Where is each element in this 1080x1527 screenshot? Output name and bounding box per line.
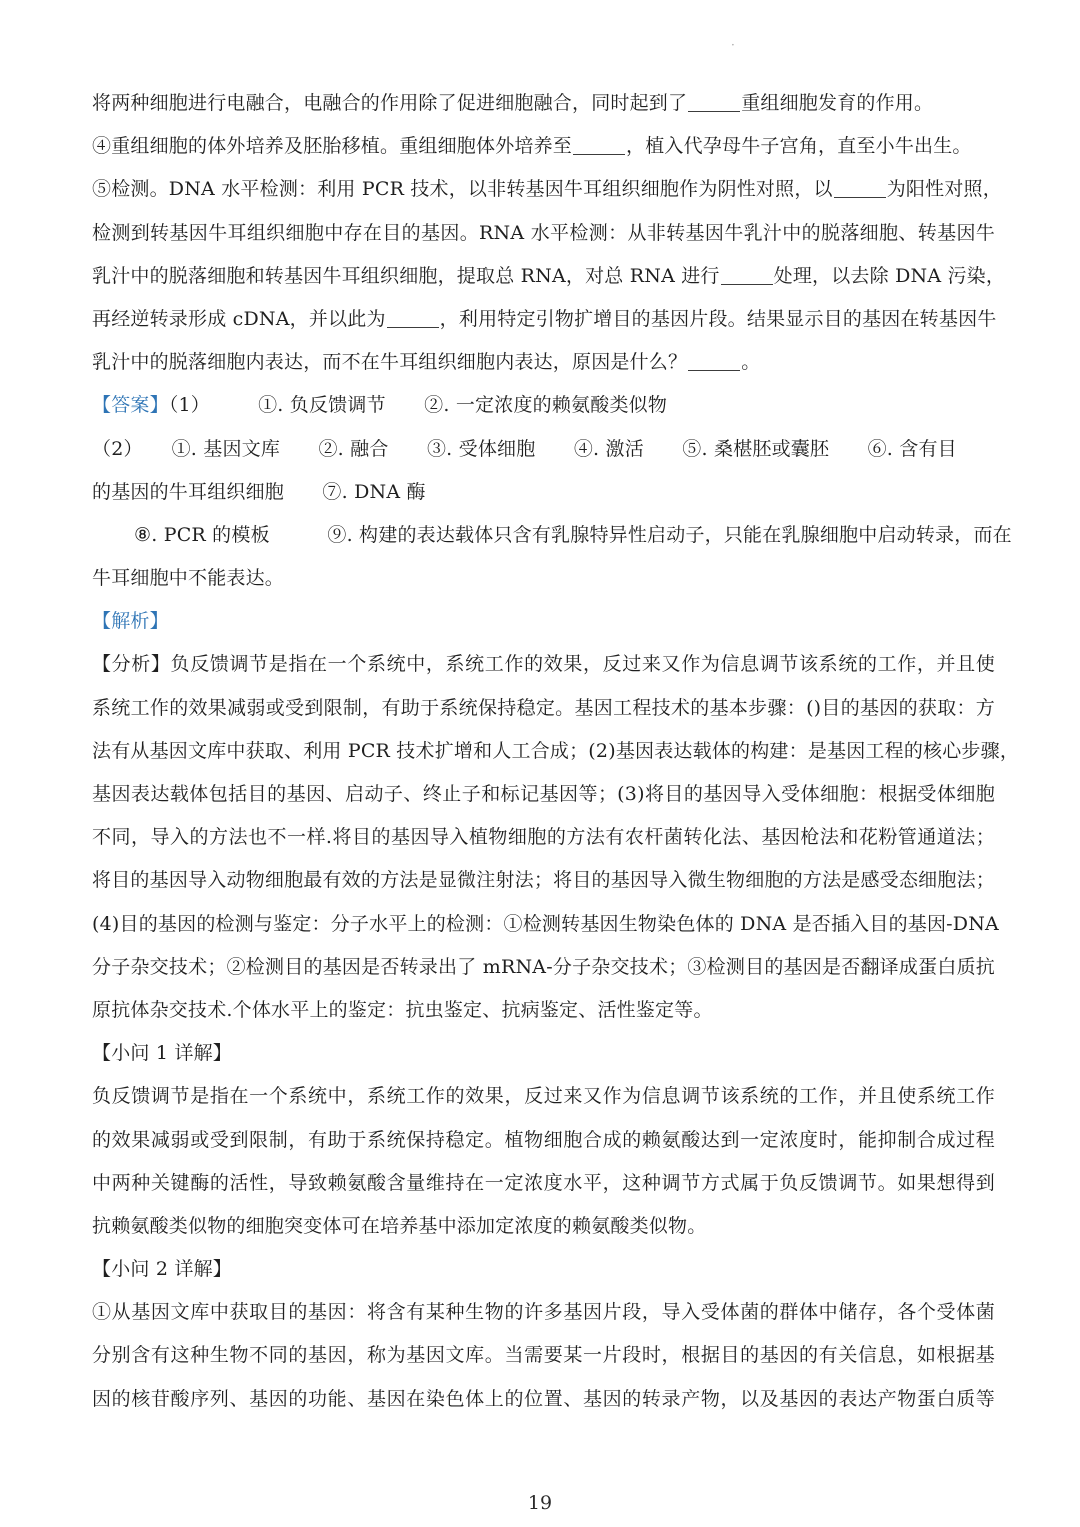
- section-label: 【答案】: [92, 394, 169, 416]
- text-line: 乳汁中的脱落细胞内表达，而不在牛耳组织细胞内表达，原因是什么？。: [92, 341, 995, 384]
- text-line: 的效果减弱或受到限制，有助于系统保持稳定。植物细胞合成的赖氨酸达到一定浓度时，能…: [92, 1119, 995, 1162]
- answer-blank: [688, 99, 740, 112]
- text-line: 原抗体杂交技术.个体水平上的鉴定：抗虫鉴定、抗病鉴定、活性鉴定等。: [92, 989, 995, 1032]
- text-segment: ⑤检测。DNA 水平检测：利用 PCR 技术，以非转基因牛耳组织细胞作为阴性对照…: [92, 178, 833, 200]
- text-line: 【小问 1 详解】: [92, 1032, 995, 1075]
- text-segment: 牛耳细胞中不能表达。: [92, 567, 284, 589]
- text-segment: 的基因的牛耳组织细胞 ⑦. DNA 酶: [92, 481, 426, 503]
- text-segment: 将两种细胞进行电融合，电融合的作用除了促进细胞融合，同时起到了: [92, 92, 687, 114]
- text-segment: 检测到转基因牛耳组织细胞中存在目的基因。RNA 水平检测：从非转基因牛乳汁中的脱…: [92, 222, 995, 244]
- text-line: ⑧. PCR 的模板 ⑨. 构建的表达载体只含有乳腺特异性启动子，只能在乳腺细胞…: [92, 514, 995, 557]
- text-line: 抗赖氨酸类似物的细胞突变体可在培养基中添加定浓度的赖氨酸类似物。: [92, 1205, 995, 1248]
- text-segment: 因的核苷酸序列、基因的功能、基因在染色体上的位置、基因的转录产物，以及基因的表达…: [92, 1388, 995, 1410]
- text-segment: 抗赖氨酸类似物的细胞突变体可在培养基中添加定浓度的赖氨酸类似物。: [92, 1215, 706, 1237]
- page-number: 19: [0, 1492, 1080, 1514]
- text-line: 负反馈调节是指在一个系统中，系统工作的效果，反过来又作为信息调节该系统的工作，并…: [92, 1075, 995, 1118]
- text-line: 因的核苷酸序列、基因的功能、基因在染色体上的位置、基因的转录产物，以及基因的表达…: [92, 1378, 995, 1421]
- text-line: 【分析】负反馈调节是指在一个系统中，系统工作的效果，反过来又作为信息调节该系统的…: [92, 643, 995, 686]
- text-segment: 将目的基因导入动物细胞最有效的方法是显微注射法；将目的基因导入微生物细胞的方法是…: [92, 869, 995, 891]
- text-segment: 的效果减弱或受到限制，有助于系统保持稳定。植物细胞合成的赖氨酸达到一定浓度时，能…: [92, 1129, 995, 1151]
- text-segment: 重组细胞发育的作用。: [741, 92, 933, 114]
- text-line: 乳汁中的脱落细胞和转基因牛耳组织细胞，提取总 RNA，对总 RNA 进行处理，以…: [92, 255, 995, 298]
- text-segment: ⑧. PCR 的模板 ⑨. 构建的表达载体只含有乳腺特异性启动子，只能在乳腺细胞…: [134, 524, 1012, 546]
- text-segment: 中两种关键酶的活性，导致赖氨酸含量维持在一定浓度水平，这种调节方式属于负反馈调节…: [92, 1172, 995, 1194]
- text-segment: 为阳性对照，: [887, 178, 1002, 200]
- text-line: 法有从基因文库中获取、利用 PCR 技术扩增和人工合成；(2)基因表达载体的构建…: [92, 730, 995, 773]
- text-line: 基因表达载体包括目的基因、启动子、终止子和标记基因等；(3)将目的基因导入受体细…: [92, 773, 995, 816]
- text-segment: ，植入代孕母牛子宫角，直至小牛出生。: [626, 135, 972, 157]
- answer-blank: [387, 315, 439, 328]
- text-line: （2） ①. 基因文库 ②. 融合 ③. 受体细胞 ④. 激活 ⑤. 桑椹胚或囊…: [92, 428, 995, 471]
- text-line: 中两种关键酶的活性，导致赖氨酸含量维持在一定浓度水平，这种调节方式属于负反馈调节…: [92, 1162, 995, 1205]
- text-segment: 乳汁中的脱落细胞和转基因牛耳组织细胞，提取总 RNA，对总 RNA 进行: [92, 265, 720, 287]
- text-segment: 分子杂交技术；②检测目的基因是否转录出了 mRNA-分子杂交技术；③检测目的基因…: [92, 956, 995, 978]
- text-line: 系统工作的效果减弱或受到限制，有助于系统保持稳定。基因工程技术的基本步骤：()目…: [92, 687, 995, 730]
- text-segment: 【小问 1 详解】: [92, 1042, 232, 1064]
- text-segment: （1） ①. 负反馈调节 ②. 一定浓度的赖氨酸类似物: [169, 394, 667, 416]
- text-line: 【小问 2 详解】: [92, 1248, 995, 1291]
- text-segment: 。: [741, 351, 760, 373]
- text-segment: ④重组细胞的体外培养及胚胎移植。重组细胞体外培养至: [92, 135, 572, 157]
- text-segment: 【小问 2 详解】: [92, 1258, 232, 1280]
- text-line: 再经逆转录形成 cDNA，并以此为，利用特定引物扩增目的基因片段。结果显示目的基…: [92, 298, 995, 341]
- text-line: 分别含有这种生物不同的基因，称为基因文库。当需要某一片段时，根据目的基因的有关信…: [92, 1334, 995, 1377]
- text-segment: (4)目的基因的检测与鉴定：分子水平上的检测：①检测转基因生物染色体的 DNA …: [92, 913, 999, 935]
- text-line: ①从基因文库中获取目的基因：将含有某种生物的许多基因片段，导入受体菌的群体中储存…: [92, 1291, 995, 1334]
- text-segment: 再经逆转录形成 cDNA，并以此为: [92, 308, 386, 330]
- text-segment: ，利用特定引物扩增目的基因片段。结果显示目的基因在转基因牛: [440, 308, 997, 330]
- answer-blank: [573, 142, 625, 155]
- text-line: 将两种细胞进行电融合，电融合的作用除了促进细胞融合，同时起到了重组细胞发育的作用…: [92, 82, 995, 125]
- text-line: ⑤检测。DNA 水平检测：利用 PCR 技术，以非转基因牛耳组织细胞作为阴性对照…: [92, 168, 995, 211]
- stray-dot-mark: ·: [731, 38, 735, 52]
- answer-blank: [688, 358, 740, 371]
- text-segment: 法有从基因文库中获取、利用 PCR 技术扩增和人工合成；(2)基因表达载体的构建…: [92, 740, 1019, 762]
- text-segment: 系统工作的效果减弱或受到限制，有助于系统保持稳定。基因工程技术的基本步骤：()目…: [92, 697, 995, 719]
- text-segment: ①从基因文库中获取目的基因：将含有某种生物的许多基因片段，导入受体菌的群体中储存…: [92, 1301, 995, 1323]
- text-line: 【解析】: [92, 600, 995, 643]
- text-segment: （2） ①. 基因文库 ②. 融合 ③. 受体细胞 ④. 激活 ⑤. 桑椹胚或囊…: [92, 438, 957, 460]
- text-segment: 基因表达载体包括目的基因、启动子、终止子和标记基因等；(3)将目的基因导入受体细…: [92, 783, 995, 805]
- text-segment: 分别含有这种生物不同的基因，称为基因文库。当需要某一片段时，根据目的基因的有关信…: [92, 1344, 995, 1366]
- answer-blank: [834, 185, 886, 198]
- text-segment: 负反馈调节是指在一个系统中，系统工作的效果，反过来又作为信息调节该系统的工作，并…: [92, 1085, 995, 1107]
- text-segment: 【分析】负反馈调节是指在一个系统中，系统工作的效果，反过来又作为信息调节该系统的…: [92, 653, 995, 675]
- text-line: 分子杂交技术；②检测目的基因是否转录出了 mRNA-分子杂交技术；③检测目的基因…: [92, 946, 995, 989]
- text-line: 牛耳细胞中不能表达。: [92, 557, 995, 600]
- text-line: (4)目的基因的检测与鉴定：分子水平上的检测：①检测转基因生物染色体的 DNA …: [92, 903, 995, 946]
- text-segment: 原抗体杂交技术.个体水平上的鉴定：抗虫鉴定、抗病鉴定、活性鉴定等。: [92, 999, 713, 1021]
- text-line: 的基因的牛耳组织细胞 ⑦. DNA 酶: [92, 471, 995, 514]
- answer-blank: [721, 272, 773, 285]
- text-line: 不同，导入的方法也不一样.将目的基因导入植物细胞的方法有农杆菌转化法、基因枪法和…: [92, 816, 995, 859]
- text-line: 【答案】（1） ①. 负反馈调节 ②. 一定浓度的赖氨酸类似物: [92, 384, 995, 427]
- text-line: 将目的基因导入动物细胞最有效的方法是显微注射法；将目的基因导入微生物细胞的方法是…: [92, 859, 995, 902]
- document-body: 将两种细胞进行电融合，电融合的作用除了促进细胞融合，同时起到了重组细胞发育的作用…: [92, 82, 995, 1421]
- text-segment: 乳汁中的脱落细胞内表达，而不在牛耳组织细胞内表达，原因是什么？: [92, 351, 687, 373]
- text-segment: 不同，导入的方法也不一样.将目的基因导入植物细胞的方法有农杆菌转化法、基因枪法和…: [92, 826, 995, 848]
- text-line: ④重组细胞的体外培养及胚胎移植。重组细胞体外培养至，植入代孕母牛子宫角，直至小牛…: [92, 125, 995, 168]
- text-segment: 处理，以去除 DNA 污染，: [774, 265, 1005, 287]
- text-line: 检测到转基因牛耳组织细胞中存在目的基因。RNA 水平检测：从非转基因牛乳汁中的脱…: [92, 212, 995, 255]
- section-label: 【解析】: [92, 610, 169, 632]
